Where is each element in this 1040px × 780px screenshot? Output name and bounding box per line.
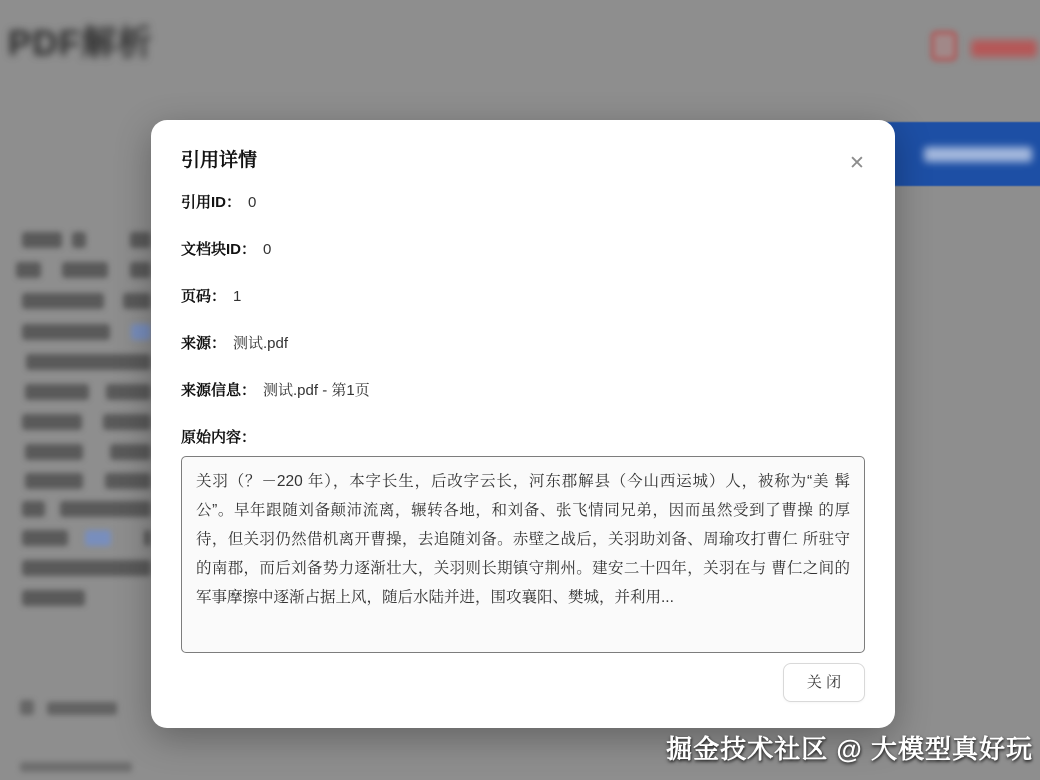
original-content-box: 关羽（？－220 年），本字长生，后改字云长，河东郡解县（今山西运城）人，被称为… — [181, 456, 865, 653]
field-label: 文档块ID： — [181, 241, 256, 258]
blurred-text-line — [130, 232, 151, 248]
blurred-text-line — [22, 530, 68, 546]
field-value: 0 — [248, 194, 256, 211]
watermark-text: 掘金技术社区 @ 大模型真好玩 — [666, 729, 1033, 766]
blurred-text-line — [26, 354, 151, 370]
field-page-number: 页码：1 — [181, 287, 865, 307]
original-content-label: 原始内容： — [181, 428, 865, 448]
trash-icon[interactable] — [931, 31, 957, 61]
blurred-text-line — [144, 530, 151, 546]
blurred-text-line — [25, 384, 89, 400]
field-value: 1 — [233, 288, 241, 305]
citation-detail-modal: 引用详情 ✕ 引用ID：0 文档块ID：0 页码：1 来源：测试.pdf 来源信… — [151, 120, 895, 728]
field-source-info: 来源信息：测试.pdf - 第1页 — [181, 381, 865, 401]
parse-pdf-button-text-blurred — [924, 147, 1032, 162]
bottom-text-blurred — [20, 762, 132, 772]
blurred-text-line — [22, 590, 85, 606]
field-value: 测试.pdf - 第1页 — [263, 382, 370, 399]
field-label: 来源信息： — [181, 382, 256, 399]
blurred-text-line — [16, 262, 41, 278]
blurred-text-line — [22, 414, 82, 430]
blurred-text-line — [22, 232, 62, 248]
modal-title: 引用详情 — [181, 145, 865, 172]
blurred-text-line — [105, 473, 151, 489]
modal-footer: 关 闭 — [783, 663, 865, 702]
field-label: 来源： — [181, 335, 226, 352]
blurred-text-line — [25, 444, 83, 460]
parse-pdf-button-blurred[interactable] — [872, 122, 1040, 186]
field-label: 页码： — [181, 288, 226, 305]
blurred-text-line — [22, 501, 45, 517]
clear-button-label-blurred[interactable] — [971, 40, 1037, 57]
field-source: 来源：测试.pdf — [181, 334, 865, 354]
blurred-text-line — [103, 414, 151, 430]
blurred-text-line — [130, 262, 151, 278]
blurred-text-line — [106, 384, 151, 400]
upload-list-label-blurred — [47, 702, 117, 715]
blurred-link-chip — [85, 530, 111, 546]
field-value: 测试.pdf — [233, 335, 288, 352]
field-citation-id: 引用ID：0 — [181, 193, 865, 213]
close-button[interactable]: 关 闭 — [783, 663, 865, 702]
blurred-text-line — [110, 444, 151, 460]
background-text-panel — [0, 0, 151, 780]
blurred-text-line — [22, 560, 151, 576]
blurred-text-line — [22, 293, 104, 309]
blurred-text-line — [72, 232, 86, 248]
blurred-text-line — [25, 473, 83, 489]
close-icon[interactable]: ✕ — [845, 152, 869, 176]
upload-list-icon — [20, 700, 34, 715]
blurred-text-line — [62, 262, 108, 278]
field-value: 0 — [263, 241, 271, 258]
blurred-text-line — [22, 324, 110, 340]
field-chunk-id: 文档块ID：0 — [181, 240, 865, 260]
field-label: 引用ID： — [181, 194, 241, 211]
blurred-text-line — [123, 293, 151, 309]
blurred-link-chip — [131, 324, 151, 340]
blurred-text-line — [60, 501, 151, 517]
